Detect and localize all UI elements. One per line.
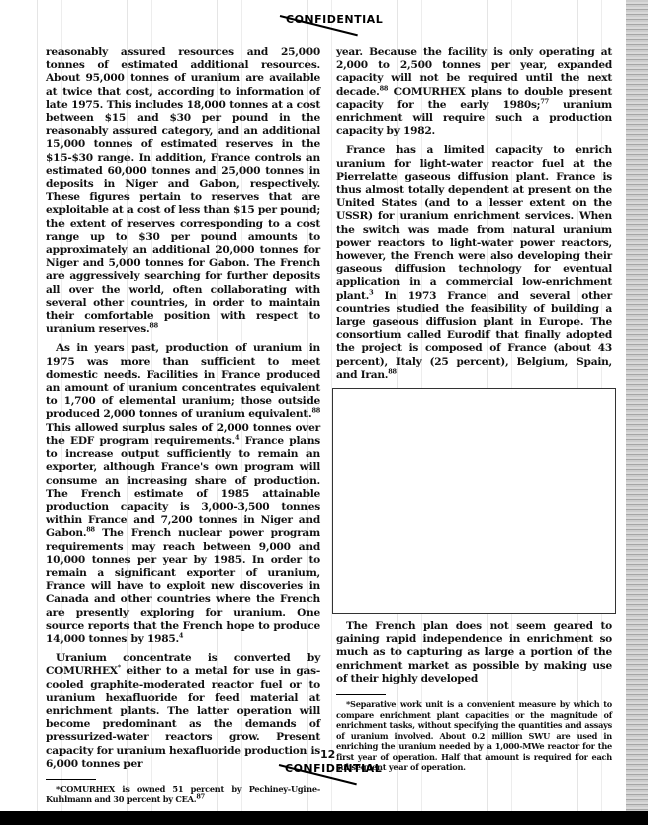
footnote-ref: 77 [540, 97, 549, 105]
redacted-figure-box [332, 388, 616, 614]
classification-stamp-bottom: CONFIDENTIAL [285, 762, 382, 775]
classification-stamp-top: CONFIDENTIAL [286, 13, 383, 26]
footnote-ref: 88 [388, 367, 397, 375]
footnote-ref: 87 [196, 793, 205, 801]
footnote-divider [46, 779, 96, 780]
paragraph-french-plan: The French plan does not seem geared to … [336, 620, 612, 686]
scan-edge-shadow [626, 0, 648, 812]
scan-bottom-border [0, 811, 648, 825]
footnote-ref: 88 [149, 322, 158, 330]
paragraph-production: As in years past, production of uranium … [46, 342, 320, 646]
paragraph-capacity: year. Because the facility is only opera… [336, 46, 612, 138]
paragraph-conversion: Uranium concentrate is converted by COMU… [46, 652, 320, 771]
footnote-ref: 88 [380, 84, 389, 92]
footnote-comurhex: *COMURHEX is owned 51 percent by Pechine… [46, 784, 320, 805]
footnote-ref: 88 [311, 407, 320, 415]
left-column: reasonably assured resources and 25,000 … [46, 46, 320, 811]
paragraph-enrichment: France has a limited capacity to enrich … [336, 144, 612, 382]
page-number: 12 [320, 748, 335, 761]
footnote-divider [336, 694, 386, 695]
footnote-ref: 88 [86, 526, 95, 534]
right-column: year. Because the facility is only opera… [336, 46, 612, 779]
paragraph-reserves: reasonably assured resources and 25,000 … [46, 46, 320, 336]
footnote-ref: 4 [179, 631, 183, 639]
